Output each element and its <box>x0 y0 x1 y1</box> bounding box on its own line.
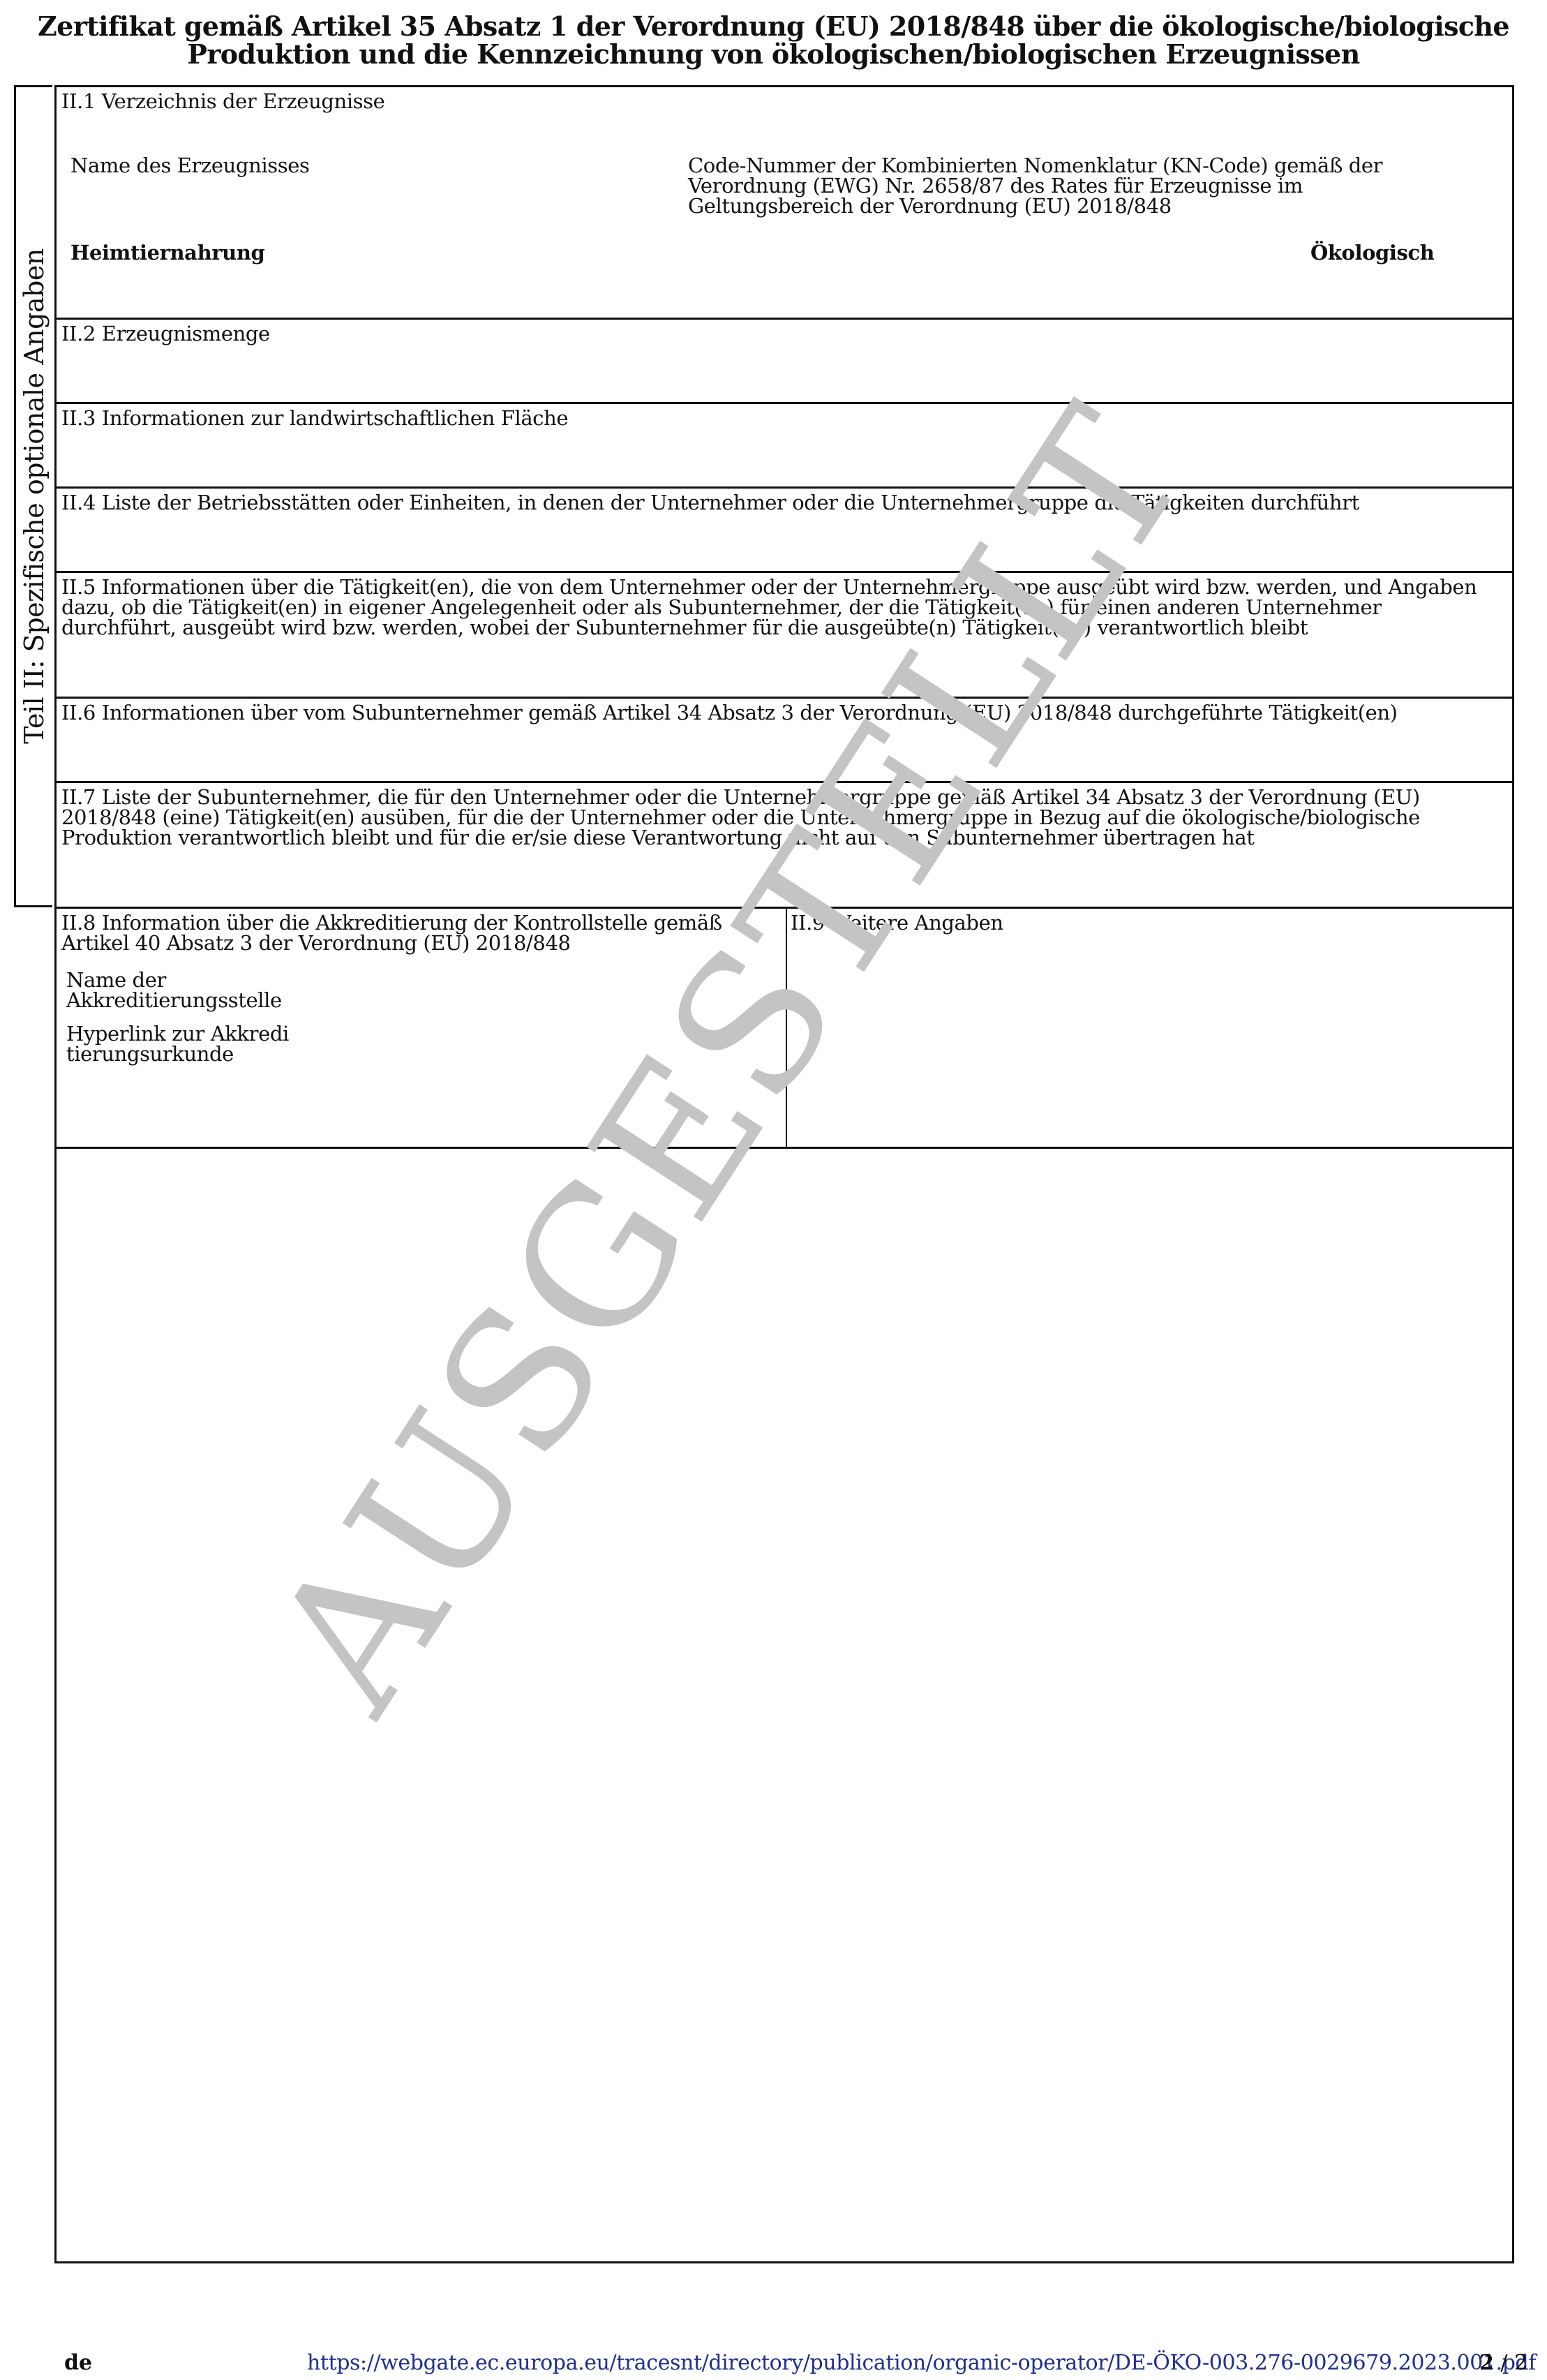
section-ii-5: II.5 Informationen über die Tätigkeit(en… <box>57 573 1512 699</box>
side-label-text: Teil II: Spezifische optionale Angaben <box>19 248 50 744</box>
section-label: II.2 Erzeugnismenge <box>61 324 1498 344</box>
section-ii-8-label: II.8 Information über die Akkreditierung… <box>61 913 780 953</box>
certificate-table: II.1 Verzeichnis der Erzeugnisse Name de… <box>54 85 1514 2263</box>
page-current: 2 <box>1479 2351 1494 2375</box>
footer-publication-link[interactable]: https://webgate.ec.europa.eu/tracesnt/di… <box>307 2351 1536 2375</box>
side-label: Teil II: Spezifische optionale Angaben <box>14 85 54 907</box>
footer-page-number: 2 / 2 <box>1479 2351 1527 2375</box>
section-ii-4: II.4 Liste der Betriebsstätten oder Einh… <box>57 489 1512 573</box>
title-line-1: Zertifikat gemäß Artikel 35 Absatz 1 der… <box>0 13 1547 40</box>
accreditation-link-field: Hyperlink zur Akkreditierungsurkunde <box>66 1024 297 1064</box>
section-label: II.3 Informationen zur landwirtschaftlic… <box>61 408 1498 429</box>
section-ii-1: II.1 Verzeichnis der Erzeugnisse Name de… <box>57 87 1512 320</box>
kn-code-header: Code-Nummer der Kombinierten Nomenklatur… <box>688 156 1386 216</box>
section-ii-3: II.3 Informationen zur landwirtschaftlic… <box>57 404 1512 489</box>
section-label: II.1 Verzeichnis der Erzeugnisse <box>61 91 1498 112</box>
page-separator: / <box>1494 2351 1514 2375</box>
product-name-header: Name des Erzeugnisses <box>70 156 309 176</box>
section-label: II.6 Informationen über vom Subunternehm… <box>61 703 1498 723</box>
title-line-2: Produktion und die Kennzeichnung von öko… <box>0 40 1547 68</box>
section-ii-2: II.2 Erzeugnismenge <box>57 320 1512 404</box>
section-ii-6: II.6 Informationen über vom Subunternehm… <box>57 699 1512 783</box>
section-label: II.5 Informationen über die Tätigkeit(en… <box>61 577 1498 638</box>
section-ii-9-label: II.9 Weitere Angaben <box>791 913 1003 933</box>
section-ii-8-ii-9: II.8 Information über die Akkreditierung… <box>57 909 1512 1149</box>
product-status: Ökologisch <box>1310 241 1434 265</box>
section-label: II.4 Liste der Betriebsstätten oder Einh… <box>61 493 1498 513</box>
section-ii-7: II.7 Liste der Subunternehmer, die für d… <box>57 783 1512 909</box>
accreditation-body-name-field: Name der Akkreditierungsstelle <box>66 970 317 1011</box>
certificate-title: Zertifikat gemäß Artikel 35 Absatz 1 der… <box>0 13 1547 68</box>
section-label: II.7 Liste der Subunternehmer, die für d… <box>61 787 1498 848</box>
page-total: 2 <box>1514 2351 1527 2375</box>
product-name: Heimtiernahrung <box>70 241 264 265</box>
footer-language: de <box>64 2351 92 2375</box>
column-divider <box>786 909 787 1147</box>
